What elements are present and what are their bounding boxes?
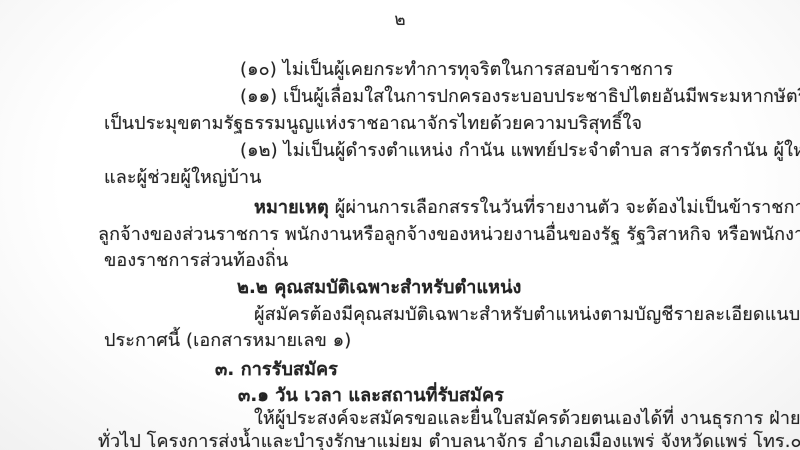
clause-11-line-2: เป็นประมุขตามรัฐธรรมนูญแห่งราชอาณาจักรไท…	[104, 112, 642, 136]
note-line-2: ลูกจ้างของส่วนราชการ พนักงานหรือลูกจ้างข…	[98, 223, 800, 247]
note-line-1: หมายเหตุผู้ผ่านการเลือกสรรในวันที่รายงาน…	[254, 196, 800, 220]
section-2-2-line-1: ผู้สมัครต้องมีคุณสมบัติเฉพาะสำหรับตำแหน่…	[254, 303, 800, 327]
note-label: หมายเหตุ	[254, 197, 329, 218]
section-3-1-line-1: ให้ผู้ประสงค์จะสมัครขอและยื่นใบสมัครด้วย…	[254, 407, 800, 431]
clause-10-line: (๑๐) ไม่เป็นผู้เคยกระทำการทุจริตในการสอบ…	[240, 58, 673, 82]
section-3-1-line-2: ทั่วไป โครงการส่งน้ำและบำรุงรักษาแม่ยม ต…	[98, 430, 800, 450]
note-text: ผู้ผ่านการเลือกสรรในวันที่รายงานตัว จะต้…	[335, 197, 800, 218]
section-3-heading: ๓. การรับสมัคร	[215, 358, 338, 382]
clause-11-line-1: (๑๑) เป็นผู้เลื่อมใสในการปกครองระบอบประช…	[240, 85, 800, 109]
page-number: ๒	[0, 6, 800, 33]
document-page: ๒ (๑๐) ไม่เป็นผู้เคยกระทำการทุจริตในการส…	[0, 0, 800, 450]
section-2-2-heading: ๒.๒ คุณสมบัติเฉพาะสำหรับตำแหน่ง	[237, 276, 521, 300]
section-3-1-heading: ๓.๑ วัน เวลา และสถานที่รับสมัคร	[238, 384, 504, 408]
note-line-3: ของราชการส่วนท้องถิ่น	[104, 249, 288, 273]
clause-12-line-1: (๑๒) ไม่เป็นผู้ดำรงตำแหน่ง กำนัน แพทย์ปร…	[240, 139, 800, 163]
clause-12-line-2: และผู้ช่วยผู้ใหญ่บ้าน	[104, 166, 262, 190]
section-2-2-line-2: ประกาศนี้ (เอกสารหมายเลข ๑)	[104, 329, 351, 353]
